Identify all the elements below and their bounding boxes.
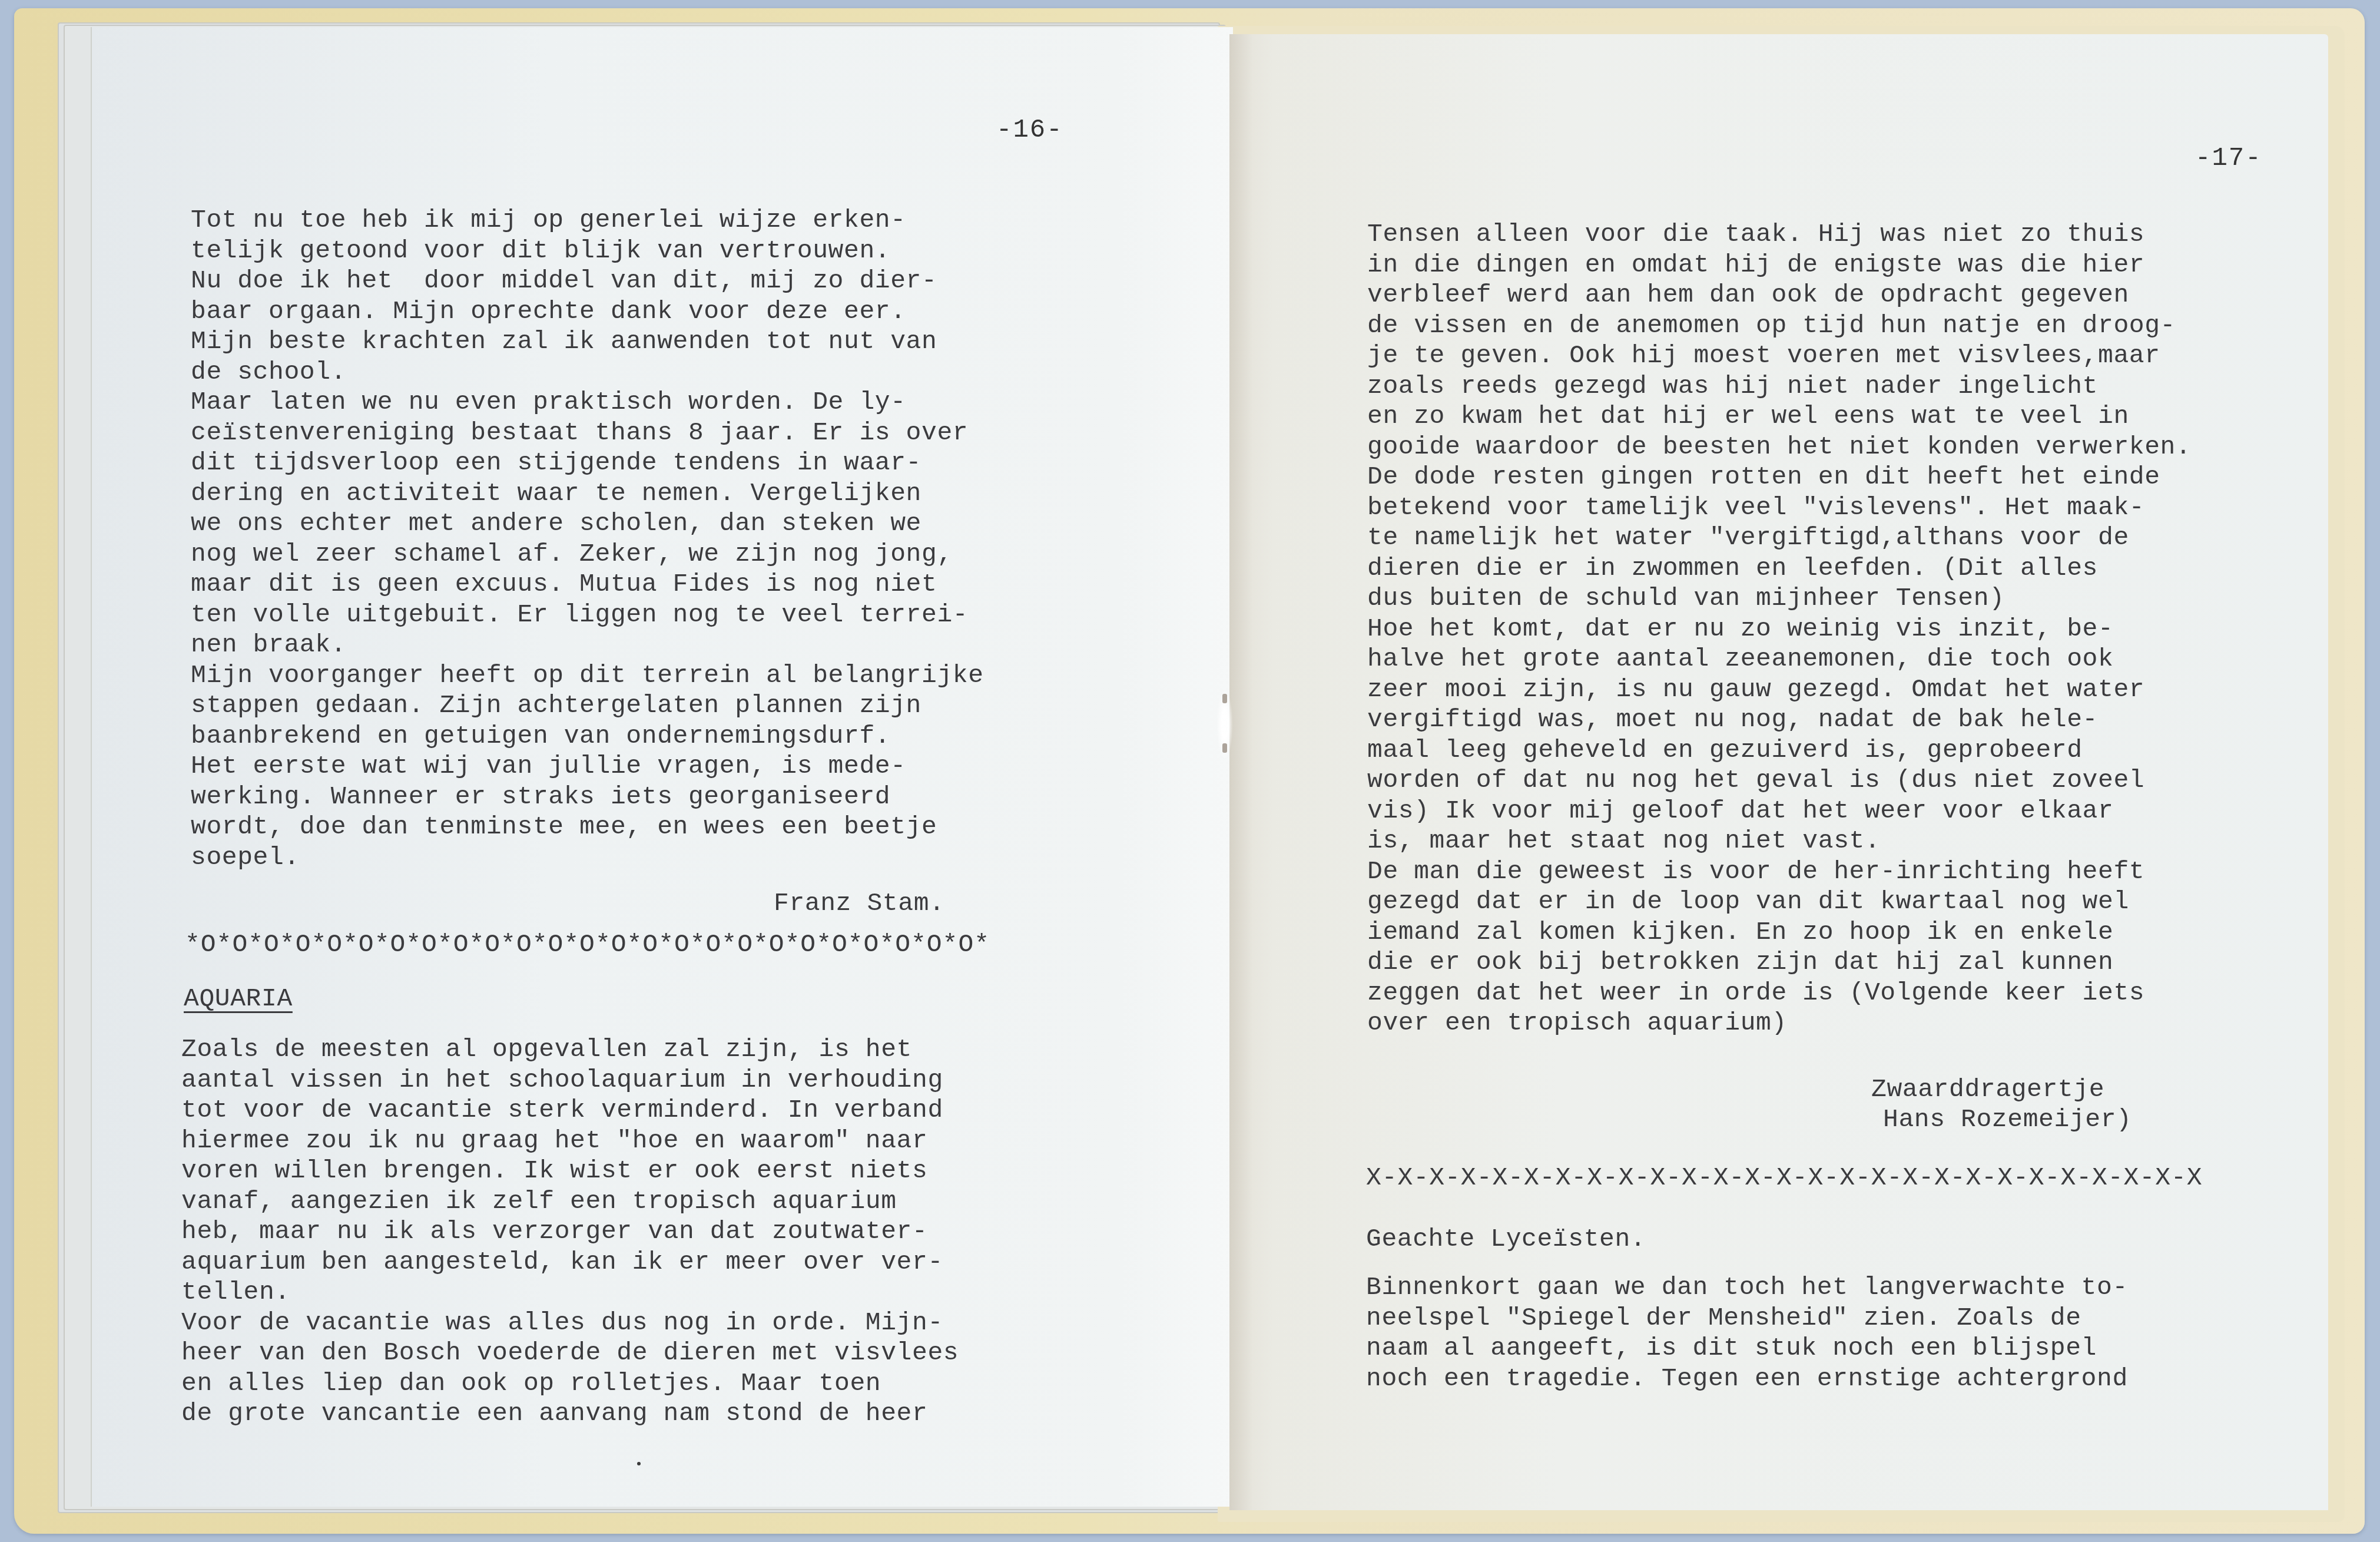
text-line: en alles liep dan ook op rolletjes. Maar… <box>181 1368 959 1399</box>
text-line: heb, maar nu ik als verzorger van dat zo… <box>181 1216 959 1247</box>
page-number: -17- <box>2195 144 2262 173</box>
section-divider: X-X-X-X-X-X-X-X-X-X-X-X-X-X-X-X-X-X-X-X-… <box>1366 1163 2203 1193</box>
text-line: halve het grote aantal zeeanemonen, die … <box>1367 644 2191 674</box>
text-line: stappen gedaan. Zijn achtergelaten plann… <box>191 690 984 721</box>
text-line: Mijn beste krachten zal ik aanwenden tot… <box>191 326 984 357</box>
text-line: aantal vissen in het schoolaquarium in v… <box>181 1065 959 1096</box>
text-line: vis) Ik voor mij geloof dat het weer voo… <box>1367 796 2191 826</box>
text-line: De man die geweest is voor de her-inrich… <box>1367 856 2191 887</box>
signature-pseudonym: Zwaarddragertje <box>1871 1074 2104 1105</box>
text-line: werking. Wanneer er straks iets georgani… <box>191 782 984 812</box>
text-line: vergiftigd was, moet nu nog, nadat de ba… <box>1367 704 2191 735</box>
text-line: dering en activiteit waar te nemen. Verg… <box>191 478 984 509</box>
text-line: soepel. <box>191 842 984 873</box>
text-line: dieren die er in zwommen en leefden. (Di… <box>1367 553 2191 584</box>
text-line: Zoals de meesten al opgevallen zal zijn,… <box>181 1034 959 1065</box>
signature: Franz Stam. <box>774 888 944 919</box>
aquaria-article-continued: Tensen alleen voor die taak. Hij was nie… <box>1367 219 2191 1038</box>
text-line: in die dingen en omdat hij de enigste wa… <box>1367 250 2191 280</box>
editorial-text: Tot nu toe heb ik mij op generlei wijze … <box>191 205 984 872</box>
text-line: verbleef werd aan hem dan ook de opdrach… <box>1367 280 2191 310</box>
staple-icon <box>1216 689 1233 760</box>
greeting: Geachte Lyceïsten. <box>1366 1224 1646 1255</box>
text-line: naam al aangeeft, is dit stuk noch een b… <box>1366 1333 2128 1364</box>
aquaria-article-text: Zoals de meesten al opgevallen zal zijn,… <box>181 1034 959 1429</box>
text-line: tellen. <box>181 1277 959 1308</box>
text-line: Mijn voorganger heeft op dit terrein al … <box>191 660 984 691</box>
text-line: voren willen brengen. Ik wist er ook eer… <box>181 1156 959 1186</box>
text-line: hiermee zou ik nu graag het "hoe en waar… <box>181 1126 959 1156</box>
text-line: zeggen dat het weer in orde is (Volgende… <box>1367 978 2191 1008</box>
text-line: dit tijdsverloop een stijgende tendens i… <box>191 448 984 478</box>
text-line: de vissen en de anemomen op tijd hun nat… <box>1367 310 2191 341</box>
signature-name: Hans Rozemeijer) <box>1883 1104 2132 1135</box>
text-line: vanaf, aangezien ik zelf een tropisch aq… <box>181 1186 959 1217</box>
text-line: tot voor de vacantie sterk verminderd. I… <box>181 1095 959 1126</box>
section-heading: AQUARIA <box>184 984 293 1014</box>
theatre-article-text: Binnenkort gaan we dan toch het langverw… <box>1366 1272 2128 1394</box>
text-line: worden of dat nu nog het geval is (dus n… <box>1367 765 2191 796</box>
text-line: Tensen alleen voor die taak. Hij was nie… <box>1367 219 2191 250</box>
text-line: je te geven. Ook hij moest voeren met vi… <box>1367 340 2191 371</box>
text-line: aquarium ben aangesteld, kan ik er meer … <box>181 1247 959 1278</box>
text-line: de school. <box>191 357 984 388</box>
text-line: noch een tragedie. Tegen een ernstige ac… <box>1366 1364 2128 1394</box>
text-line: zeer mooi zijn, is nu gauw gezegd. Omdat… <box>1367 674 2191 705</box>
text-line: over een tropisch aquarium) <box>1367 1008 2191 1038</box>
text-line: dus buiten de schuld van mijnheer Tensen… <box>1367 583 2191 614</box>
text-line: te namelijk het water "vergiftigd,althan… <box>1367 522 2191 553</box>
text-line: maar dit is geen excuus. Mutua Fides is … <box>191 569 984 600</box>
text-line: die er ook bij betrokken zijn dat hij za… <box>1367 947 2191 978</box>
text-line: neelspel "Spiegel der Mensheid" zien. Zo… <box>1366 1303 2128 1333</box>
text-line: Nu doe ik het door middel van dit, mij z… <box>191 266 984 296</box>
text-line: nog wel zeer schamel af. Zeker, we zijn … <box>191 539 984 570</box>
text-line: Maar laten we nu even praktisch worden. … <box>191 387 984 418</box>
text-line: ceïstenvereniging bestaat thans 8 jaar. … <box>191 418 984 448</box>
text-line: Het eerste wat wij van jullie vragen, is… <box>191 751 984 782</box>
text-line: betekend voor tamelijk veel "vislevens".… <box>1367 492 2191 523</box>
text-line: zoals reeds gezegd was hij niet nader in… <box>1367 371 2191 402</box>
text-line: maal leeg geheveld en gezuiverd is, gepr… <box>1367 735 2191 766</box>
section-divider: *O*O*O*O*O*O*O*O*O*O*O*O*O*O*O*O*O*O*O*O… <box>185 929 990 960</box>
text-line: we ons echter met andere scholen, dan st… <box>191 508 984 539</box>
text-line: baanbrekend en getuigen van ondernemings… <box>191 721 984 752</box>
text-line: Binnenkort gaan we dan toch het langverw… <box>1366 1272 2128 1303</box>
page-number: -16- <box>996 115 1063 145</box>
right-page: -17- Tensen alleen voor die taak. Hij wa… <box>1229 34 2328 1510</box>
text-line: telijk getoond voor dit blijk van vertro… <box>191 236 984 266</box>
text-line: De dode resten gingen rotten en dit heef… <box>1367 462 2191 492</box>
text-line: Voor de vacantie was alles dus nog in or… <box>181 1308 959 1338</box>
text-line: en zo kwam het dat hij er wel eens wat t… <box>1367 401 2191 432</box>
text-line: gooide waardoor de beesten het niet kond… <box>1367 432 2191 462</box>
text-line: baar orgaan. Mijn oprechte dank voor dez… <box>191 296 984 327</box>
text-line: nen braak. <box>191 630 984 660</box>
text-line: de grote vancantie een aanvang nam stond… <box>181 1398 959 1429</box>
left-page: -16- Tot nu toe heb ik mij op generlei w… <box>92 27 1233 1507</box>
text-line: is, maar het staat nog niet vast. <box>1367 826 2191 856</box>
ink-speck <box>637 1462 641 1465</box>
text-line: heer van den Bosch voederde de dieren me… <box>181 1338 959 1368</box>
text-line: wordt, doe dan tenminste mee, en wees ee… <box>191 812 984 842</box>
text-line: gezegd dat er in de loop van dit kwartaa… <box>1367 886 2191 917</box>
text-line: iemand zal komen kijken. En zo hoop ik e… <box>1367 917 2191 948</box>
text-line: Tot nu toe heb ik mij op generlei wijze … <box>191 205 984 236</box>
text-line: Hoe het komt, dat er nu zo weinig vis in… <box>1367 614 2191 644</box>
text-line: ten volle uitgebuit. Er liggen nog te ve… <box>191 600 984 630</box>
